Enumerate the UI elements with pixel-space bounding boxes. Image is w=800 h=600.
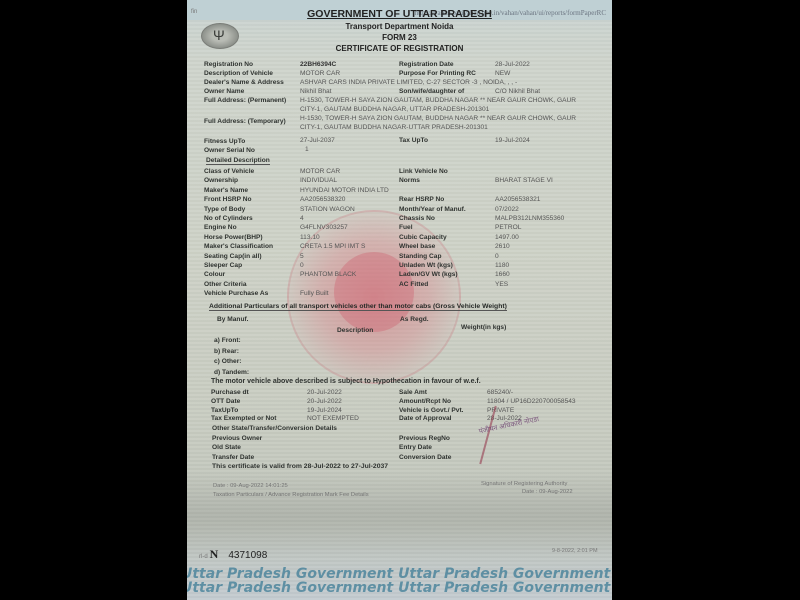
detail-row-5-value: 4 — [300, 215, 304, 222]
label-perm-address: Full Address: (Permanent) — [204, 97, 286, 104]
detail-row-0-label-2: Link Vehicle No — [399, 168, 448, 175]
hypo-row-0-value-2: 685240/- — [487, 389, 513, 396]
detail-row-3-label: Front HSRP No — [204, 196, 252, 203]
hypo-row-2-label-2: Vehicle is Govt./ Pvt. — [399, 407, 464, 414]
detail-row-7-value: 113.10 — [300, 234, 320, 241]
perm-address-line2: CITY-1, GAUTAM BUDDHA NAGAR, UTTAR PRADE… — [300, 106, 489, 113]
registration-certificate: fin https://vahan.parivahan.gov.in/vahan… — [187, 0, 612, 600]
transfer-row-2-label: Transfer Date — [212, 454, 254, 461]
detail-row-9-value: 5 — [300, 253, 304, 260]
certificate-title: CERTIFICATE OF REGISTRATION — [187, 44, 612, 53]
detail-row-10-label: Sleeper Cap — [204, 262, 242, 269]
detail-row-10-value: 0 — [300, 262, 304, 269]
detailed-description-title: Detailed Description — [206, 157, 270, 165]
detail-row-11-label: Colour — [204, 271, 225, 278]
detail-row-0-value: MOTOR CAR — [300, 168, 340, 175]
registration-date: 28-Jul-2022 — [495, 61, 530, 68]
label-tax: Tax UpTo — [399, 137, 428, 144]
detail-row-5-value-2: MALPB312LNM355360 — [495, 215, 564, 222]
tax-upto: 19-Jul-2024 — [495, 137, 530, 144]
by-manuf: By Manuf. — [217, 316, 249, 323]
detail-row-6-label: Engine No — [204, 224, 237, 231]
label-purpose: Purpose For Printing RC — [399, 70, 476, 77]
hypo-row-1-label: OTT Date — [211, 398, 240, 405]
department: Transport Department Noida — [187, 22, 612, 31]
detail-row-7-label-2: Cubic Capacity — [399, 234, 447, 241]
dealer: ASHVAR CARS INDIA PRIVATE LIMITED, C-27 … — [300, 79, 517, 86]
detail-row-6-label-2: Fuel — [399, 224, 413, 231]
detail-row-7-value-2: 1497.00 — [495, 234, 519, 241]
detail-row-1-value-2: BHARAT STAGE VI — [495, 177, 553, 184]
owner-serial: 1 — [305, 146, 309, 153]
detail-row-1-label-2: Norms — [399, 177, 420, 184]
label-owner: Owner Name — [204, 88, 244, 95]
transfer-title: Other State/Transfer/Conversion Details — [212, 425, 337, 432]
relation: C/O Nikhil Bhat — [495, 88, 540, 95]
detail-row-8-label: Maker's Classification — [204, 243, 273, 250]
detail-row-12-value-2: YES — [495, 281, 508, 288]
hypo-row-1-label-2: Amount/Rcpt No — [399, 398, 451, 405]
detail-row-5-label-2: Chassis No — [399, 215, 435, 222]
label-dealer: Dealer's Name & Address — [204, 79, 284, 86]
detail-row-2-value: HYUNDAI MOTOR INDIA LTD — [300, 187, 389, 194]
axle-row: a) Front: — [214, 337, 241, 344]
detail-row-8-value-2: 2610 — [495, 243, 510, 250]
hypo-row-2-value-2: PRIVATE — [487, 407, 514, 414]
detail-row-3-value: AA2056538320 — [300, 196, 345, 203]
perm-address-line1: H-1530, TOWER-H SAYA ZION GAUTAM, BUDDHA… — [300, 97, 576, 104]
hypo-row-3-label: Tax Exempted or Not — [211, 415, 276, 422]
detail-row-4-value-2: 07/2022 — [495, 206, 519, 213]
detail-row-6-value-2: PETROL — [495, 224, 521, 231]
detail-row-11-value: PHANTOM BLACK — [300, 271, 356, 278]
detail-row-11-value-2: 1660 — [495, 271, 510, 278]
detail-row-9-value-2: 0 — [495, 253, 499, 260]
transfer-row-2-label-2: Conversion Date — [399, 454, 451, 461]
detail-row-6-value: G4FLNV303257 — [300, 224, 348, 231]
axle-row: d) Tandem: — [214, 369, 249, 376]
label-registration-no: Registration No — [204, 61, 253, 68]
serial-number: 4371098 — [228, 550, 267, 561]
label-registration-date: Registration Date — [399, 61, 454, 68]
label-fitness: Fitness UpTo — [204, 138, 245, 145]
label-relation: Son/wife/daughter of — [399, 88, 464, 95]
detail-row-0-label: Class of Vehicle — [204, 168, 254, 175]
axle-row: b) Rear: — [214, 348, 239, 355]
validity-text: This certificate is valid from 28-Jul-20… — [212, 463, 388, 470]
hypo-row-0-label-2: Sale Amt — [399, 389, 427, 396]
hypothecation-text: The motor vehicle above described is sub… — [211, 378, 481, 385]
detail-row-13-value: Fully Built — [300, 290, 329, 297]
watermark-line-2: Uttar Pradesh Government Uttar Pradesh G… — [187, 580, 612, 596]
detail-row-5-label: No of Cylinders — [204, 215, 253, 222]
detail-row-9-label: Seating Cap(in all) — [204, 253, 262, 260]
detail-row-1-label: Ownership — [204, 177, 238, 184]
description: MOTOR CAR — [300, 70, 340, 77]
detail-row-3-label-2: Rear HSRP No — [399, 196, 444, 203]
temp-address-line1: H-1530, TOWER-H SAYA ZION GAUTAM, BUDDHA… — [300, 115, 576, 122]
detail-row-13-label: Vehicle Purchase As — [204, 290, 268, 297]
hypo-row-0-value: 20-Jul-2022 — [307, 389, 342, 396]
detail-row-10-value-2: 1180 — [495, 262, 509, 269]
serial-prefix: N — [210, 547, 219, 561]
as-regd: As Regd. — [400, 316, 429, 323]
label-description: Description of Vehicle — [204, 70, 273, 77]
owner-name: Nikhil Bhat — [300, 88, 332, 95]
transfer-row-1-label: Old State — [212, 444, 241, 451]
detail-row-2-label: Maker's Name — [204, 187, 248, 194]
detail-row-11-label-2: Laden/GV Wt (kgs) — [399, 271, 458, 278]
transfer-row-1-label-2: Entry Date — [399, 444, 432, 451]
serial-prefix-small: rl-d — [199, 554, 208, 560]
hypo-row-0-label: Purchase dt — [211, 389, 249, 396]
axle-row: c) Other: — [214, 358, 241, 365]
detail-row-4-label-2: Month/Year of Manuf. — [399, 206, 466, 213]
detail-row-4-label: Type of Body — [204, 206, 245, 213]
detail-row-8-value: CRETA 1.5 MPI IMT S — [300, 243, 365, 250]
detail-row-4-value: STATION WAGON — [300, 206, 355, 213]
detail-row-8-label-2: Wheel base — [399, 243, 435, 250]
detail-row-12-label-2: AC Fitted — [399, 281, 428, 288]
detail-row-7-label: Horse Power(BHP) — [204, 234, 263, 241]
additional-title: Additional Particulars of all transport … — [209, 303, 507, 311]
purpose: NEW — [495, 70, 510, 77]
label-temp-address: Full Address: (Temporary) — [204, 118, 286, 125]
transfer-row-0-label-2: Previous RegNo — [399, 435, 450, 442]
hypo-row-2-label: TaxUpTo — [211, 407, 238, 414]
government-title: GOVERNMENT OF UTTAR PRADESH — [187, 8, 612, 20]
detail-row-3-value-2: AA2056538321 — [495, 196, 540, 203]
fitness-upto: 27-Jul-2037 — [300, 137, 335, 144]
print-timestamp: 9-8-2022, 2:01 PM — [552, 548, 598, 554]
hypo-row-3-label-2: Date of Approval — [399, 415, 452, 422]
certificate-serial: rl-dN4371098 — [199, 547, 267, 562]
hypo-row-2-value: 19-Jul-2024 — [307, 407, 342, 414]
detail-row-10-label-2: Unladen Wt (kgs) — [399, 262, 453, 269]
hypo-row-1-value-2: 11804 / UP16D220700058543 — [487, 398, 576, 405]
registration-no: 22BH6394C — [300, 61, 336, 68]
description-header: Description — [337, 327, 373, 334]
detail-row-12-label: Other Criteria — [204, 281, 247, 288]
label-owner-serial: Owner Serial No — [204, 147, 255, 154]
form-number: FORM 23 — [187, 33, 612, 42]
detail-row-1-value: INDIVIDUAL — [300, 177, 337, 184]
weight-header: Weight(in kgs) — [461, 324, 506, 331]
transfer-row-0-label: Previous Owner — [212, 435, 262, 442]
hypo-row-1-value: 20-Jul-2022 — [307, 398, 342, 405]
detail-row-9-label-2: Standing Cap — [399, 253, 442, 260]
temp-address-line2: CITY-1, GAUTAM BUDDHA NAGAR-UTTAR PRADES… — [300, 124, 488, 131]
hypo-row-3-value: NOT EXEMPTED — [307, 415, 359, 422]
